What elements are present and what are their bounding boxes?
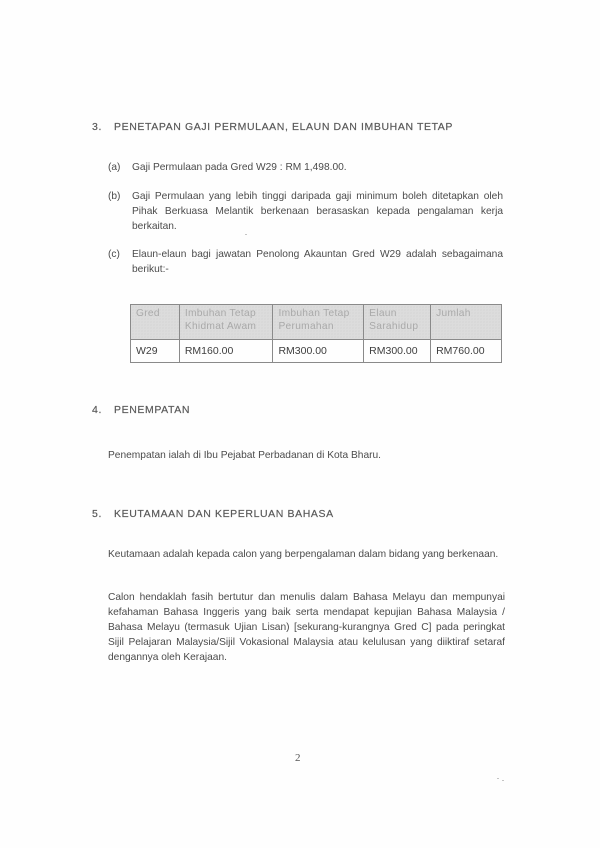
table-header-row: Gred Imbuhan Tetap Khidmat Awam Imbuhan … [131, 305, 502, 340]
header-elaun-sarahidup: Elaun Sarahidup [364, 305, 431, 340]
section-3-heading: 3.PENETAPAN GAJI PERMULAAN, ELAUN DAN IM… [92, 121, 453, 133]
section-4-heading: 4.PENEMPATAN [92, 404, 190, 416]
list-item-a: (a) Gaji Permulaan pada Gred W29 : RM 1,… [108, 160, 503, 175]
cell-elaun-sarahidup: RM300.00 [364, 340, 431, 363]
item-marker: (c) [108, 247, 120, 262]
section-number: 5. [92, 508, 114, 520]
item-marker: (b) [108, 189, 120, 204]
header-gred: Gred [131, 305, 180, 340]
item-text: Elaun-elaun bagi jawatan Penolong Akaunt… [132, 247, 503, 277]
scan-speck [497, 778, 499, 779]
section-5-paragraph-1: Keutamaan adalah kepada calon yang berpe… [108, 547, 505, 562]
scan-speck [245, 234, 247, 235]
cell-imbuhan-khidmat-awam: RM160.00 [179, 340, 273, 363]
section-5-paragraph-2: Calon hendaklah fasih bertutur dan menul… [108, 590, 505, 665]
list-item-c: (c) Elaun-elaun bagi jawatan Penolong Ak… [108, 247, 503, 277]
scan-speck [502, 780, 504, 781]
allowance-table: Gred Imbuhan Tetap Khidmat Awam Imbuhan … [130, 304, 502, 363]
section-title: PENEMPATAN [114, 404, 190, 416]
header-jumlah: Jumlah [431, 305, 502, 340]
section-title: KEUTAMAAN DAN KEPERLUAN BAHASA [114, 508, 334, 520]
table-row: W29 RM160.00 RM300.00 RM300.00 RM760.00 [131, 340, 502, 363]
section-title: PENETAPAN GAJI PERMULAAN, ELAUN DAN IMBU… [114, 121, 453, 133]
cell-jumlah: RM760.00 [431, 340, 502, 363]
item-text: Gaji Permulaan pada Gred W29 : RM 1,498.… [132, 160, 503, 175]
section-number: 4. [92, 404, 114, 416]
cell-imbuhan-perumahan: RM300.00 [273, 340, 364, 363]
document-page: 3.PENETAPAN GAJI PERMULAAN, ELAUN DAN IM… [0, 0, 600, 848]
section-number: 3. [92, 121, 114, 133]
cell-gred: W29 [131, 340, 180, 363]
section-5-heading: 5.KEUTAMAAN DAN KEPERLUAN BAHASA [92, 508, 334, 520]
page-number: 2 [295, 752, 301, 764]
header-imbuhan-khidmat-awam: Imbuhan Tetap Khidmat Awam [179, 305, 273, 340]
section-4-paragraph: Penempatan ialah di Ibu Pejabat Perbadan… [108, 448, 503, 463]
item-marker: (a) [108, 160, 120, 175]
list-item-b: (b) Gaji Permulaan yang lebih tinggi dar… [108, 189, 503, 234]
item-text: Gaji Permulaan yang lebih tinggi daripad… [132, 189, 503, 234]
header-imbuhan-perumahan: Imbuhan Tetap Perumahan [273, 305, 364, 340]
